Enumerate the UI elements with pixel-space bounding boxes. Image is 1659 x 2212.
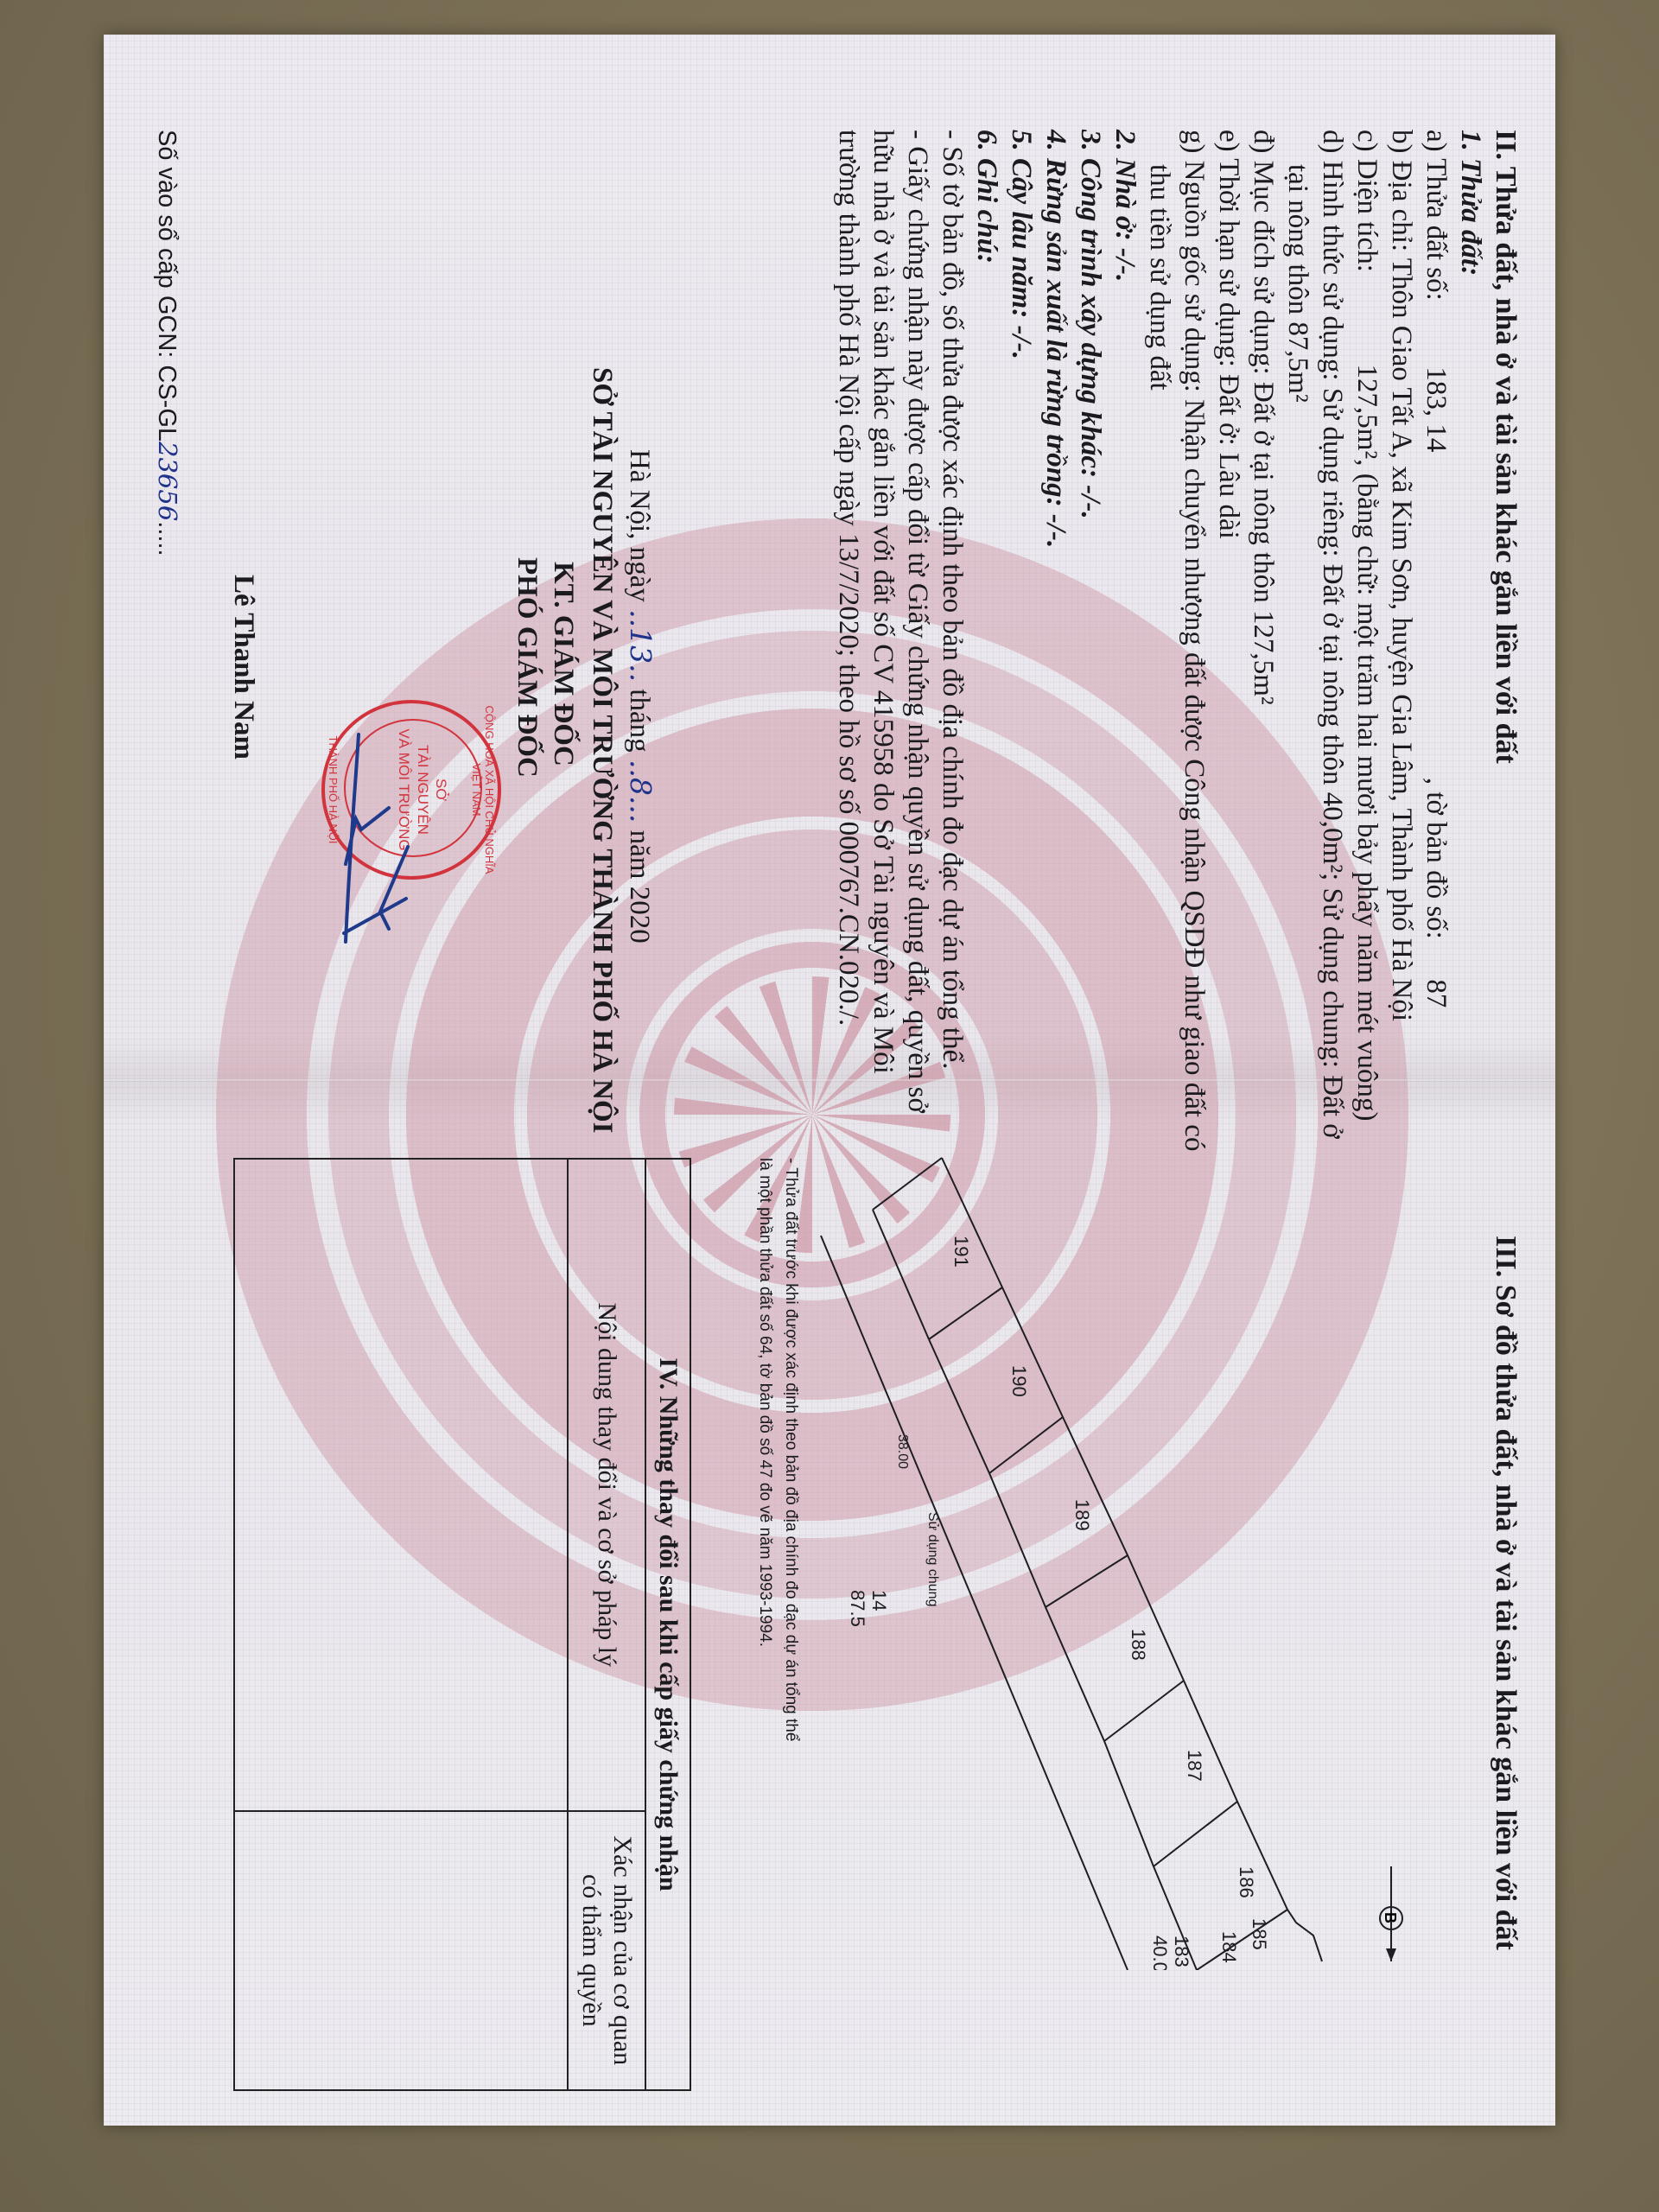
parcel-label: 186 bbox=[1236, 1866, 1257, 1898]
section-planted-forest: 4. Rừng sản xuất là rừng trồng: -/-. bbox=[1039, 130, 1071, 548]
parcel-label: 190 bbox=[1008, 1365, 1030, 1397]
usage-form-row: d) Hình thức sử dụng: Sử dụng riêng: Đất… bbox=[1315, 130, 1348, 1139]
changes-content-cell bbox=[234, 1159, 568, 1811]
diagram-note: - Thửa đất trước khi được xác định theo … bbox=[751, 1158, 804, 1741]
date-prefix: Hà Nội, ngày bbox=[624, 449, 655, 602]
seal-rim-top: CỘNG HOÀ XÃ HỘI CHỦ NGHĨA VIỆT NAM bbox=[470, 703, 496, 876]
section-notes: 6. Ghi chú: bbox=[969, 130, 1002, 264]
registry-label: Số vào sổ cấp GCN: CS-GL bbox=[153, 130, 181, 442]
on-behalf-of-director: KT. GIÁM ĐỐC bbox=[546, 562, 579, 766]
usage-form-continuation: tại nông thôn 87,5m² bbox=[1281, 164, 1313, 403]
parcel-number-value: 183, 14 bbox=[1421, 366, 1452, 452]
parcel-label: 191 bbox=[950, 1236, 972, 1268]
map-sheet-value: 87 bbox=[1421, 979, 1452, 1007]
parcel-site-plan: 191 190 189 188 187 186 185 184 183 40.0… bbox=[769, 1106, 1426, 1970]
registry-number: 23656 bbox=[153, 442, 182, 521]
note-line-2: - Giấy chứng nhận này được cấp đổi từ Gi… bbox=[900, 130, 933, 1113]
area-row: c) Diện tích: 127,5m², (bằng chữ: một tr… bbox=[1350, 130, 1382, 1121]
north-label: B bbox=[1382, 1912, 1399, 1923]
land-use-certificate-page: II. Thửa đất, nhà ở và tài sản khác gắn … bbox=[104, 35, 1555, 2126]
issuing-authority: SỞ TÀI NGUYÊN VÀ MÔI TRƯỜNG THÀNH PHỐ HÀ… bbox=[585, 367, 618, 1134]
section-ii-title: II. Thửa đất, nhà ở và tài sản khác gắn … bbox=[1489, 130, 1522, 764]
usage-term-label: e) Thời hạn sử dụng: bbox=[1213, 130, 1244, 367]
usage-purpose-label: đ) Mục đích sử dụng: bbox=[1248, 130, 1279, 375]
note-line-3: hữu nhà ở và tài sản khác gắn liền với đ… bbox=[866, 130, 899, 1074]
address-value: Thôn Giao Tất A, xã Kim Sơn, huyện Gia L… bbox=[1386, 258, 1417, 1021]
usage-origin-value: Nhận chuyển nhượng đất được Công nhận QS… bbox=[1179, 399, 1210, 1151]
changes-col-authority: Xác nhận của cơ quan có thẩm quyền bbox=[568, 1811, 645, 2090]
month-label: tháng bbox=[624, 689, 655, 752]
section-house: 2. Nhà ở: -/-. bbox=[1108, 130, 1141, 282]
signer-name: Lê Thanh Nam bbox=[226, 575, 259, 760]
parcel-183-label: 183 bbox=[1171, 1935, 1192, 1967]
note-line-1: - Số tờ bản đồ, số thửa được xác định th… bbox=[935, 130, 968, 1070]
date-month: 8 bbox=[624, 778, 658, 796]
registry-number-row: Số vào sổ cấp GCN: CS-GL23656..... bbox=[152, 130, 181, 556]
registry-dots: ..... bbox=[153, 521, 181, 556]
usage-origin-label: g) Nguồn gốc sử dụng: bbox=[1179, 130, 1210, 392]
signature-mark bbox=[302, 726, 441, 950]
changes-authority-cell bbox=[234, 1811, 568, 2090]
changes-table: IV. Những thay đổi sau khi cấp giấy chứn… bbox=[233, 1158, 691, 2091]
address-row: b) Địa chỉ: Thôn Giao Tất A, xã Kim Sơn,… bbox=[1384, 130, 1417, 1021]
parcel-number-label: a) Thửa đất số: bbox=[1421, 130, 1452, 301]
note-line-4: trường thành phố Hà Nội cấp ngày 13/7/20… bbox=[831, 130, 864, 1026]
parcel-label: 184 bbox=[1218, 1931, 1240, 1963]
usage-term-row: e) Thời hạn sử dụng: Đất ở: Lâu dài bbox=[1211, 130, 1244, 539]
address-label: b) Địa chỉ: bbox=[1386, 130, 1417, 251]
signer-position: PHÓ GIÁM ĐỐC bbox=[510, 557, 543, 778]
usage-form-label: d) Hình thức sử dụng: bbox=[1317, 130, 1348, 381]
parcel-number-row: a) Thửa đất số: 183, 14 , tờ bản đồ số: … bbox=[1419, 130, 1452, 1007]
map-sheet-label: , tờ bản đồ số: bbox=[1421, 778, 1452, 939]
parcel-label: 185 bbox=[1249, 1918, 1270, 1950]
section-iii-title: III. Sơ đồ thửa đất, nhà ở và tài sản kh… bbox=[1489, 1236, 1522, 1950]
usage-purpose-row: đ) Mục đích sử dụng: Đất ở tại nông thôn… bbox=[1246, 130, 1279, 705]
authority-header-line-1: Xác nhận của cơ quan bbox=[607, 1819, 638, 2082]
parcel-label: 188 bbox=[1128, 1629, 1149, 1661]
parcel-labels: 191 190 189 188 187 186 185 184 183 40.0… bbox=[847, 1236, 1270, 1970]
date-day: 13 bbox=[624, 627, 658, 664]
usage-purpose-value: Đất ở tại nông thôn 127,5m² bbox=[1248, 382, 1279, 705]
parcel-14-label: 14 bbox=[868, 1590, 890, 1611]
diagram-note-line-2: là một phần thửa đất số 64, tờ bản đồ số… bbox=[751, 1158, 777, 1741]
road-length: 38.00 bbox=[895, 1434, 910, 1469]
signing-date: Hà Nội, ngày ..13.. tháng ..8... năm 202… bbox=[622, 449, 657, 944]
changes-table-title: IV. Những thay đổi sau khi cấp giấy chứn… bbox=[645, 1159, 690, 2090]
area-value: 127,5m², (bằng chữ: một trăm hai mươi bả… bbox=[1351, 364, 1382, 1121]
parcel-14-area: 87.5 bbox=[847, 1590, 868, 1627]
changes-col-content: Nội dung thay đổi và cơ sở pháp lý bbox=[568, 1159, 645, 1811]
diagram-note-line-1: - Thửa đất trước khi được xác định theo … bbox=[778, 1158, 804, 1741]
date-year: năm 2020 bbox=[624, 830, 655, 944]
usage-term-value: Đất ở: Lâu dài bbox=[1213, 374, 1244, 539]
subsection-parcel: 1. Thửa đất: bbox=[1453, 130, 1486, 276]
usage-form-value: Sử dụng riêng: Đất ở tại nông thôn 40,0m… bbox=[1317, 388, 1348, 1139]
section-perennial-trees: 5. Cây lâu năm: -/-. bbox=[1004, 130, 1037, 359]
north-arrow: B bbox=[1380, 1866, 1402, 1961]
shared-use-label: Sử dụng chung bbox=[925, 1512, 940, 1606]
section-other-works: 3. Công trình xây dựng khác: -/-. bbox=[1073, 130, 1106, 519]
authority-header-line-2: có thẩm quyền bbox=[575, 1819, 607, 2082]
usage-origin-continuation: thu tiền sử dụng đất bbox=[1142, 164, 1175, 391]
area-label: c) Diện tích: bbox=[1351, 130, 1382, 272]
parcel-label: 187 bbox=[1184, 1750, 1205, 1782]
parcel-183-area: 40.0 bbox=[1149, 1935, 1171, 1970]
parcel-label: 189 bbox=[1071, 1499, 1093, 1531]
usage-origin-row: g) Nguồn gốc sử dụng: Nhận chuyển nhượng… bbox=[1177, 130, 1210, 1151]
